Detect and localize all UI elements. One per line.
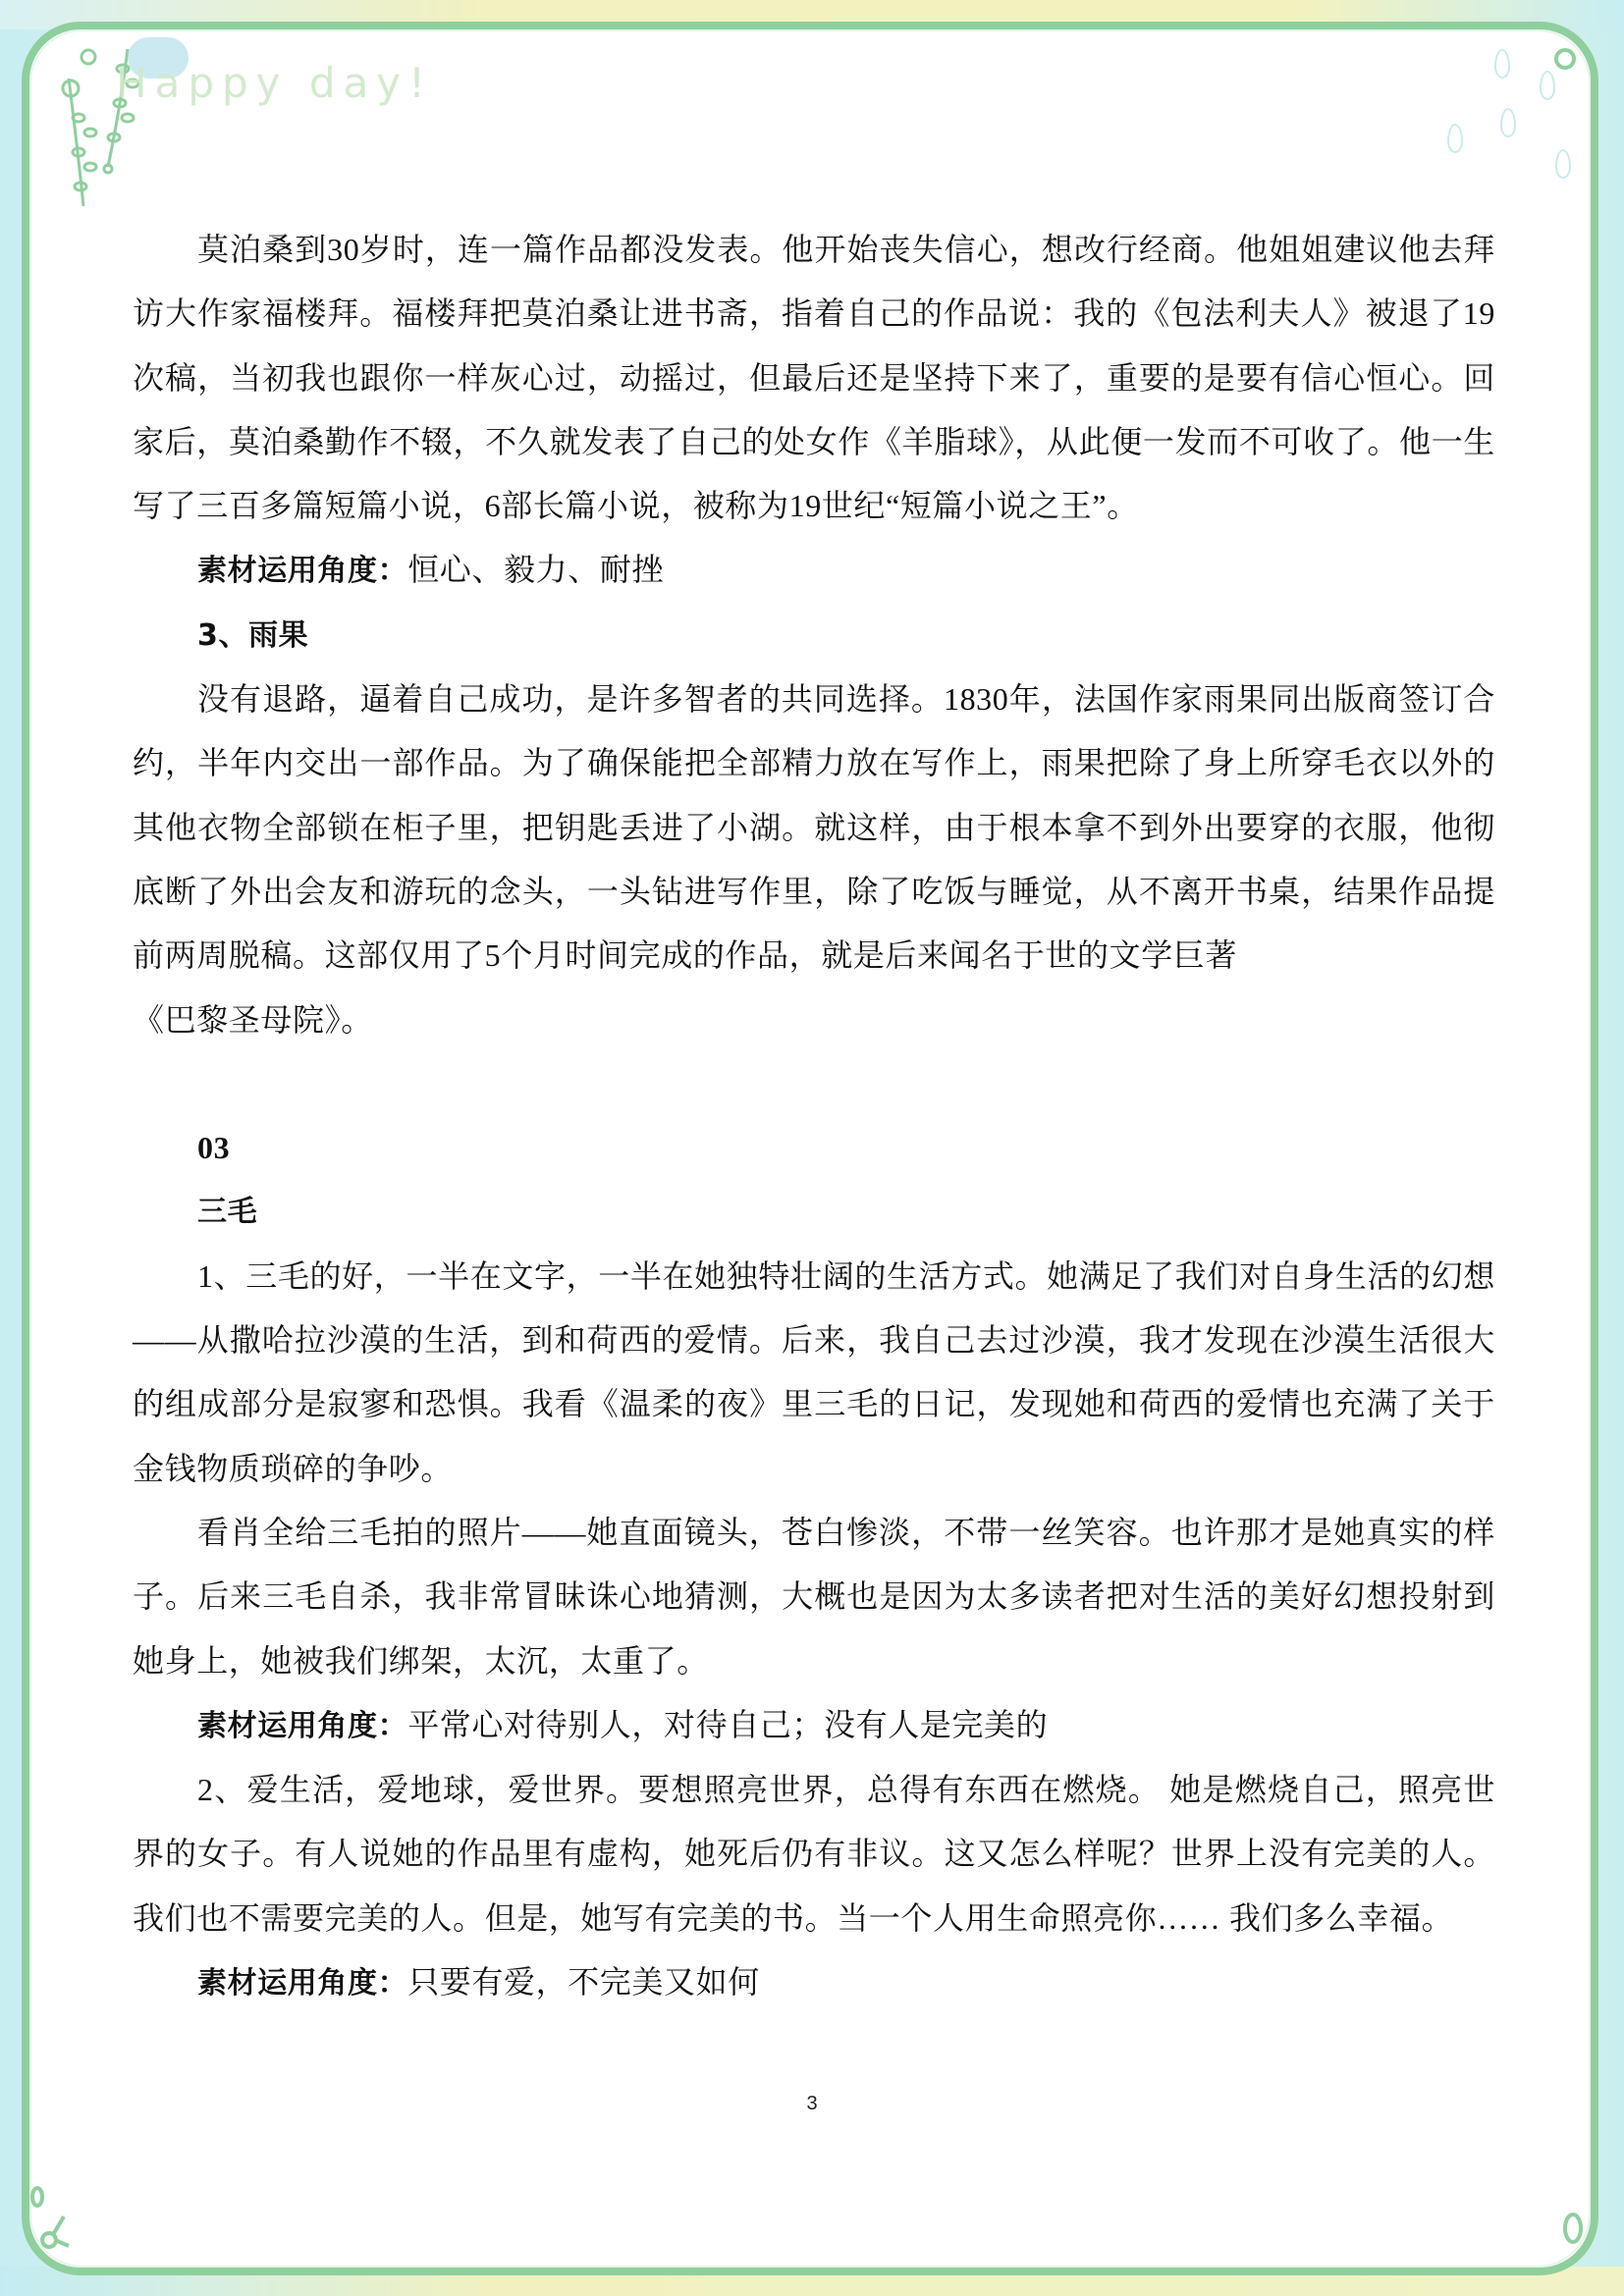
usage-angle-label: 素材运用角度：	[197, 1966, 407, 2001]
hugo-heading: 3、雨果	[133, 604, 1495, 667]
section-number: 03	[133, 1116, 1495, 1180]
usage-angle-text: 恒心、毅力、耐挫	[407, 552, 664, 587]
happy-day-watermark: Happy day!	[116, 59, 433, 107]
usage-angle-line: 素材运用角度：平常心对待别人，对待自己；没有人是完美的	[133, 1693, 1495, 1758]
sanmao-point2-paragraph: 2、爱生活，爱地球，爱世界。要想照亮世界，总得有东西在燃烧。 她是燃烧自己，照亮…	[133, 1758, 1495, 1950]
blank-line	[133, 1052, 1495, 1116]
usage-angle-label: 素材运用角度：	[197, 1709, 407, 1743]
raindrop-icon	[1494, 49, 1510, 79]
usage-angle-label: 素材运用角度：	[197, 554, 407, 588]
sanmao-point1-photo-paragraph: 看肖全给三毛拍的照片——她直面镜头，苍白惨淡，不带一丝笑容。也许那才是她真实的样…	[133, 1501, 1495, 1693]
usage-angle-line: 素材运用角度：恒心、毅力、耐挫	[133, 538, 1495, 603]
hugo-paragraph-tail: 《巴黎圣母院》。	[133, 988, 1495, 1052]
usage-angle-text: 只要有爱，不完美又如何	[407, 1964, 760, 2000]
document-body: 莫泊桑到30岁时，连一篇作品都没发表。他开始丧失信心，想改行经商。他姐姐建议他去…	[133, 218, 1495, 2015]
usage-angle-line: 素材运用角度：只要有爱，不完美又如何	[133, 1950, 1495, 2015]
page-number: 3	[0, 2093, 1624, 2115]
mopassant-paragraph: 莫泊桑到30岁时，连一篇作品都没发表。他开始丧失信心，想改行经商。他姐姐建议他去…	[133, 218, 1495, 538]
raindrop-icon	[1500, 108, 1516, 137]
section-title: 三毛	[133, 1180, 1495, 1244]
usage-angle-text: 平常心对待别人，对待自己；没有人是完美的	[407, 1707, 1048, 1742]
raindrop-icon	[1447, 124, 1463, 153]
raindrop-icon	[1540, 71, 1555, 100]
hugo-paragraph: 没有退路，逼着自己成功，是许多智者的共同选择。1830年，法国作家雨果同出版商签…	[133, 667, 1495, 988]
sanmao-point1-paragraph: 1、三毛的好，一半在文字，一半在她独特壮阔的生活方式。她满足了我们对自身生活的幻…	[133, 1245, 1495, 1501]
raindrop-icon	[1555, 149, 1571, 179]
